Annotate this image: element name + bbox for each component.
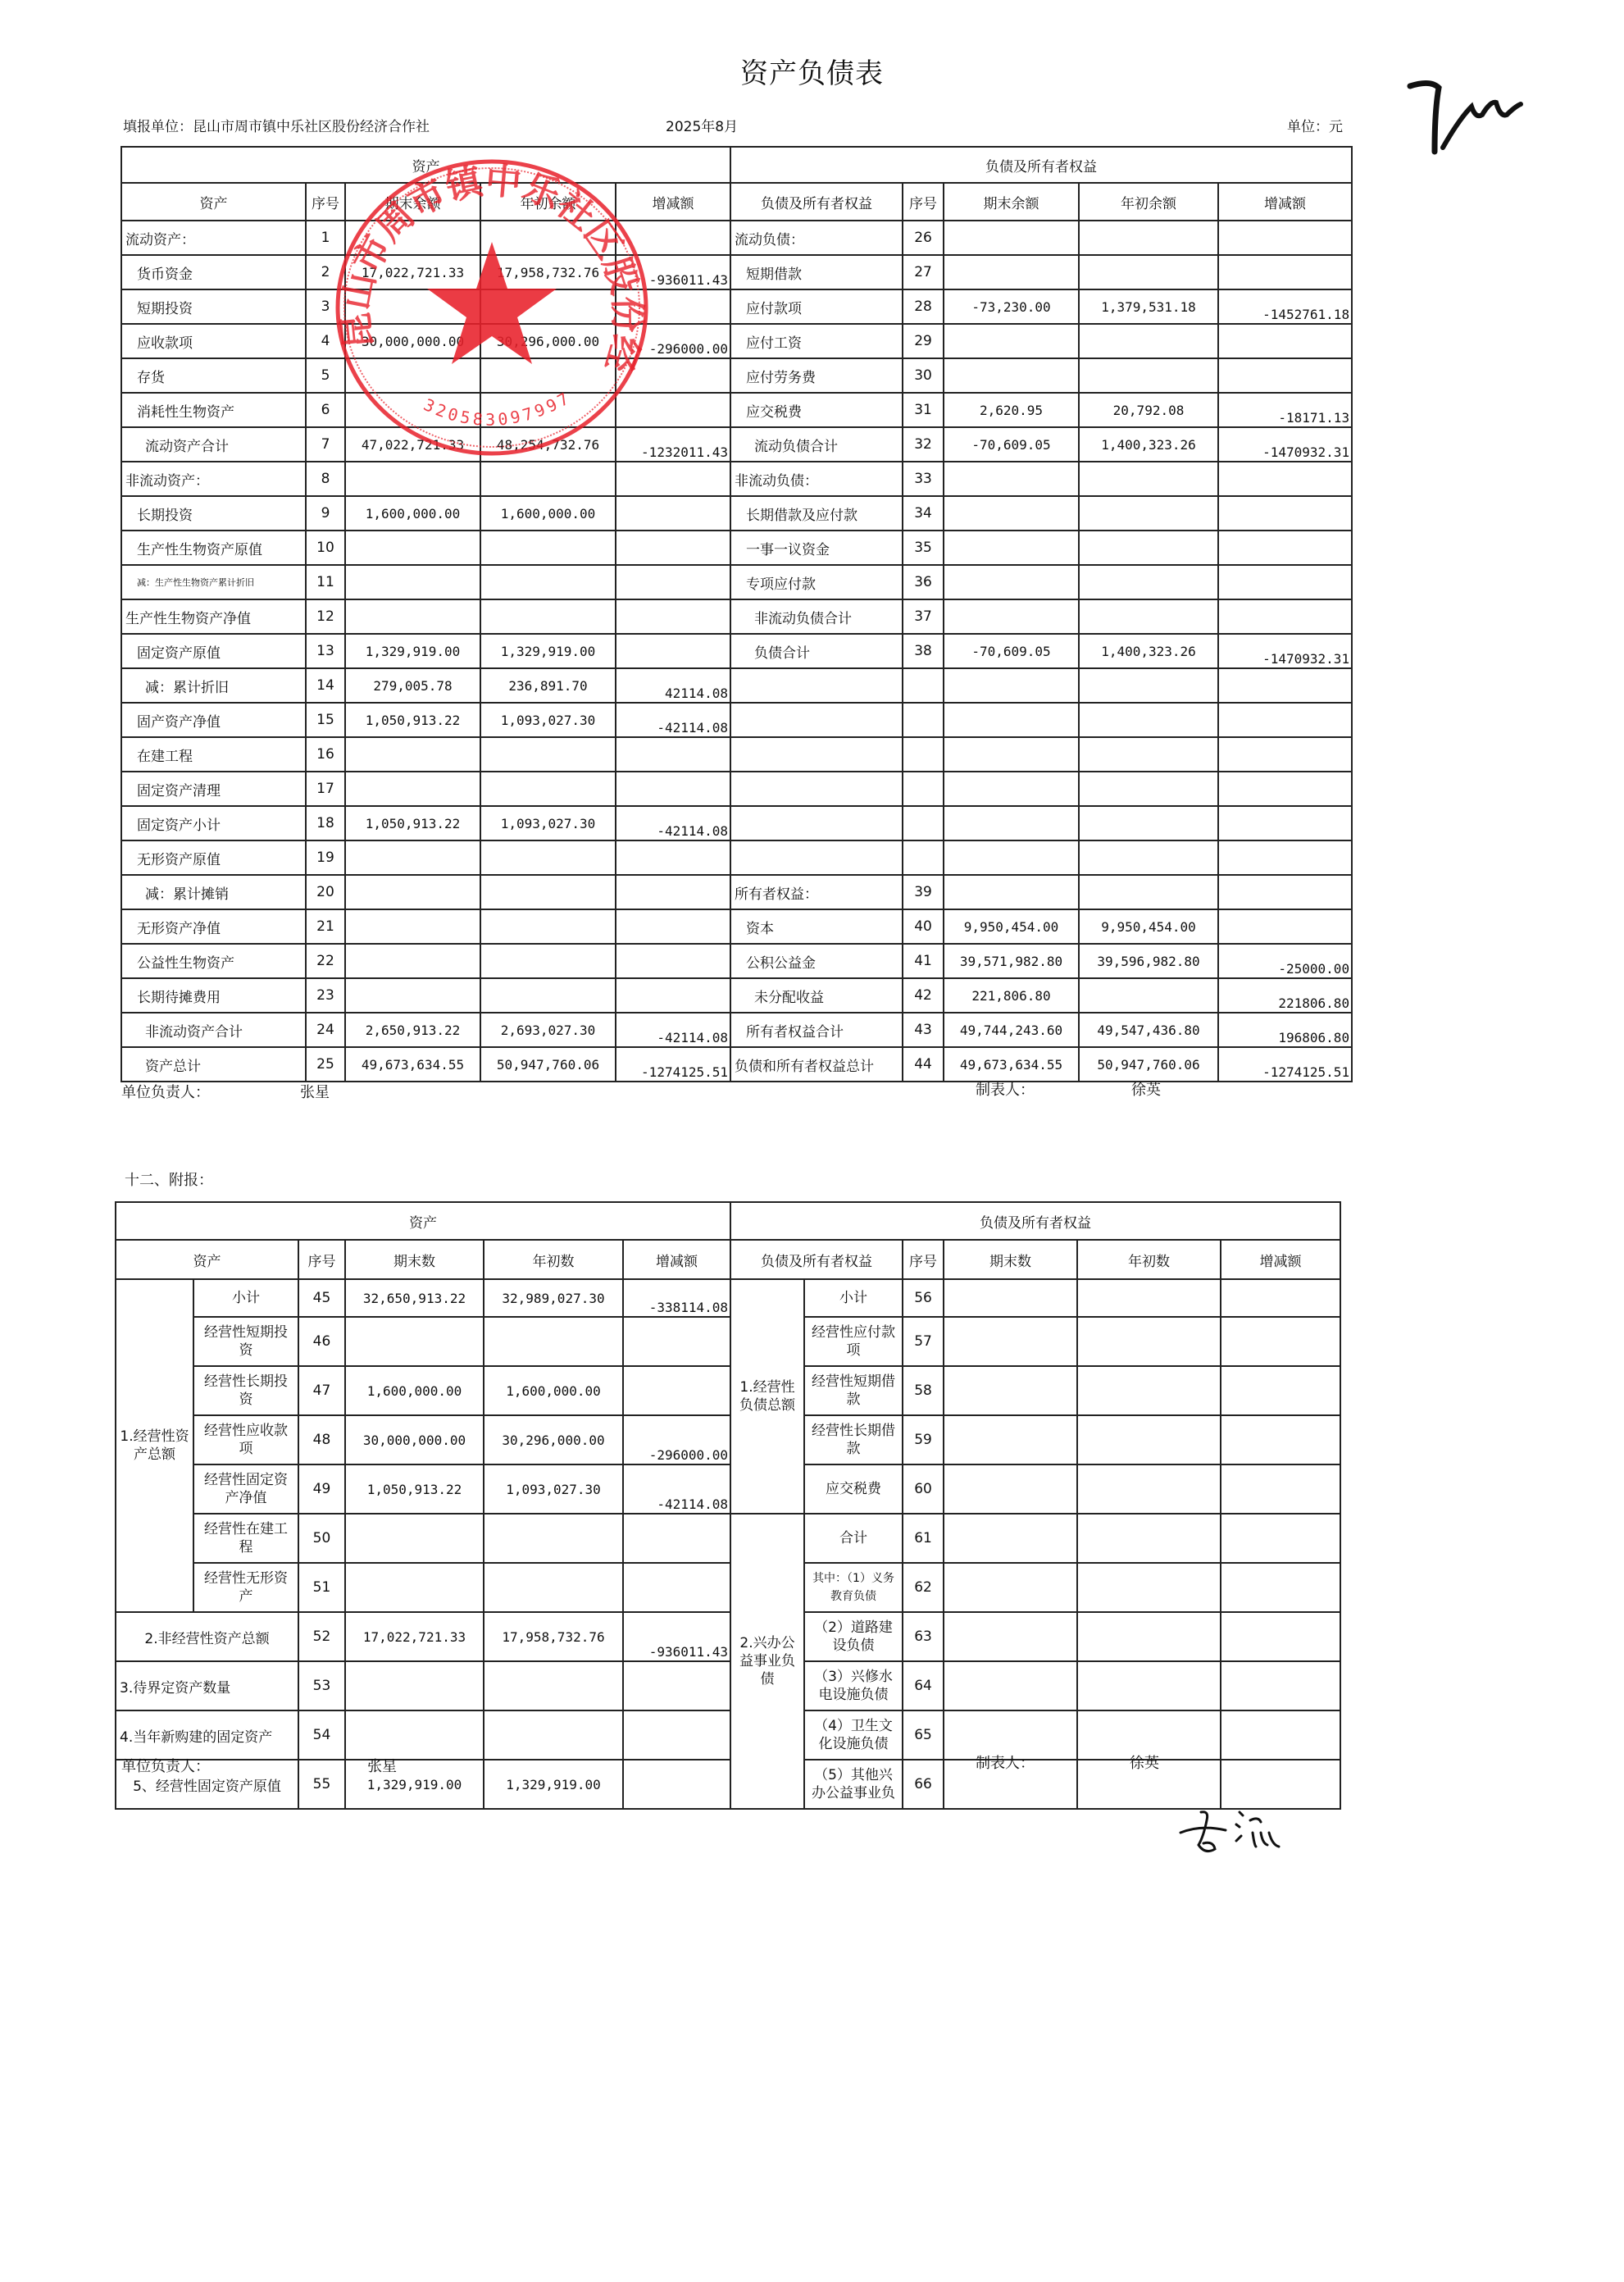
row-number: 16 — [306, 737, 345, 772]
table-row: 减：累计折旧14279,005.78236,891.7042114.08 — [121, 668, 1352, 703]
end-balance — [944, 324, 1079, 358]
asset-name: 货币资金 — [121, 255, 306, 289]
begin-balance — [1079, 668, 1218, 703]
change-amount — [1218, 599, 1352, 634]
end-balance — [345, 737, 480, 772]
reporting-unit-name: 昆山市周市镇中乐社区股份经济合作社 — [193, 119, 430, 135]
begin-value: 1,329,919.00 — [484, 1760, 623, 1809]
section-header-liabilities: 负债及所有者权益 — [730, 147, 1352, 183]
begin-balance: 17,958,732.76 — [480, 255, 616, 289]
change-amount — [1221, 1661, 1340, 1710]
liability-name: 经营性应付款项 — [804, 1317, 903, 1366]
table-row: 应收款项430,000,000.0030,296,000.00-296000.0… — [121, 324, 1352, 358]
liability-name: 长期借款及应付款 — [730, 496, 903, 531]
row-number: 22 — [306, 944, 345, 978]
end-balance — [944, 462, 1079, 496]
asset-name: 固定资产小计 — [121, 806, 306, 840]
row-number: 12 — [306, 599, 345, 634]
asset-name: 经营性在建工程 — [193, 1514, 298, 1563]
change-amount: -1470932.31 — [1218, 427, 1352, 462]
end-balance — [944, 703, 1079, 737]
table-row: 生产性生物资产净值12非流动负债合计37 — [121, 599, 1352, 634]
asset-name: 长期投资 — [121, 496, 306, 531]
change-amount — [616, 221, 730, 255]
change-amount — [1221, 1514, 1340, 1563]
asset-name: 固产资产净值 — [121, 703, 306, 737]
report-period: 2025年8月 — [666, 115, 738, 135]
begin-balance: 1,329,919.00 — [480, 634, 616, 668]
end-value: 30,000,000.00 — [345, 1415, 484, 1464]
asset-name: 经营性固定资产净值 — [193, 1464, 298, 1514]
asset-name: 经营性短期投资 — [193, 1317, 298, 1366]
begin-balance — [1079, 875, 1218, 909]
begin-balance — [480, 599, 616, 634]
change-amount — [616, 289, 730, 324]
row-number: 11 — [306, 565, 345, 599]
row-number: 4 — [306, 324, 345, 358]
change-amount — [1221, 1563, 1340, 1612]
column-header: 序号 — [903, 183, 944, 221]
liability-name — [730, 737, 903, 772]
change-amount — [1218, 565, 1352, 599]
column-header: 期末数 — [944, 1240, 1077, 1279]
row-number: 24 — [306, 1013, 345, 1047]
begin-balance: 1,093,027.30 — [480, 806, 616, 840]
end-balance: 17,022,721.33 — [345, 255, 480, 289]
end-value: 32,650,913.22 — [345, 1279, 484, 1317]
change-amount: -296000.00 — [623, 1415, 730, 1464]
row-number: 9 — [306, 496, 345, 531]
table-row: 在建工程16 — [121, 737, 1352, 772]
table-row: 减：生产性生物资产累计折旧11专项应付款36 — [121, 565, 1352, 599]
table-row: 无形资产原值19 — [121, 840, 1352, 875]
row-number: 58 — [903, 1366, 944, 1415]
begin-balance — [480, 289, 616, 324]
row-number: 64 — [903, 1661, 944, 1710]
change-amount: 196806.80 — [1218, 1013, 1352, 1047]
asset-name: 无形资产原值 — [121, 840, 306, 875]
change-amount — [616, 840, 730, 875]
handwritten-signature-icon — [1385, 70, 1549, 160]
asset-name: 固定资产清理 — [121, 772, 306, 806]
change-amount — [1221, 1366, 1340, 1415]
change-amount — [616, 358, 730, 393]
row-number: 46 — [298, 1317, 345, 1366]
change-amount — [623, 1710, 730, 1760]
begin-balance — [480, 462, 616, 496]
row-number: 52 — [298, 1612, 345, 1661]
change-amount: -42114.08 — [616, 703, 730, 737]
end-balance: -70,609.05 — [944, 427, 1079, 462]
column-header: 负债及所有者权益 — [730, 183, 903, 221]
table-row: 生产性生物资产原值10一事一议资金35 — [121, 531, 1352, 565]
table-row: 流动资产合计747,022,721.3348,254,732.76-123201… — [121, 427, 1352, 462]
row-number: 39 — [903, 875, 944, 909]
appendix-label: 十二、附报： — [125, 1168, 213, 1190]
end-value — [345, 1514, 484, 1563]
begin-balance — [480, 978, 616, 1013]
asset-name: 2.非经营性资产总额 — [116, 1612, 298, 1661]
table-row: 经营性应收款项4830,000,000.0030,296,000.00-2960… — [116, 1415, 1340, 1464]
row-number: 63 — [903, 1612, 944, 1661]
column-header: 年初余额 — [1079, 183, 1218, 221]
preparer-name: 徐英 — [1131, 1078, 1161, 1100]
table-row: 减：累计摊销20所有者权益：39 — [121, 875, 1352, 909]
column-header: 资产 — [116, 1240, 298, 1279]
change-amount: -338114.08 — [623, 1279, 730, 1317]
end-value — [345, 1661, 484, 1710]
table-row: 长期待摊费用23未分配收益42221,806.80221806.80 — [121, 978, 1352, 1013]
change-amount: -1470932.31 — [1218, 634, 1352, 668]
begin-balance — [1079, 599, 1218, 634]
begin-balance: 30,296,000.00 — [480, 324, 616, 358]
preparer-label-2: 制表人： — [976, 1751, 1035, 1773]
begin-balance: 50,947,760.06 — [1079, 1047, 1218, 1082]
change-amount — [616, 462, 730, 496]
row-number: 60 — [903, 1464, 944, 1514]
end-balance — [345, 978, 480, 1013]
liability-name: 公积公益金 — [730, 944, 903, 978]
liability-name: 专项应付款 — [730, 565, 903, 599]
table-row: 1.经营性资产总额小计4532,650,913.2232,989,027.30-… — [116, 1279, 1340, 1317]
begin-balance — [1079, 496, 1218, 531]
table-row: 固定资产原值131,329,919.001,329,919.00负债合计38-7… — [121, 634, 1352, 668]
asset-name: 流动资产合计 — [121, 427, 306, 462]
begin-balance — [480, 840, 616, 875]
change-amount: -1452761.18 — [1218, 289, 1352, 324]
begin-balance: 39,596,982.80 — [1079, 944, 1218, 978]
change-amount — [1218, 668, 1352, 703]
row-number: 56 — [903, 1279, 944, 1317]
table-row: 公益性生物资产22公积公益金4139,571,982.8039,596,982.… — [121, 944, 1352, 978]
end-balance — [345, 221, 480, 255]
liability-name: （2）道路建设负债 — [804, 1612, 903, 1661]
change-amount — [623, 1317, 730, 1366]
end-balance: 49,673,634.55 — [944, 1047, 1079, 1082]
asset-name: 减：累计摊销 — [121, 875, 306, 909]
end-balance — [944, 737, 1079, 772]
row-number: 31 — [903, 393, 944, 427]
end-balance — [944, 599, 1079, 634]
change-amount — [1218, 531, 1352, 565]
liability-name — [730, 703, 903, 737]
end-balance — [345, 840, 480, 875]
end-balance — [345, 289, 480, 324]
change-amount: -42114.08 — [623, 1464, 730, 1514]
begin-balance: 1,093,027.30 — [480, 703, 616, 737]
change-amount — [1218, 255, 1352, 289]
liability-name: 负债合计 — [730, 634, 903, 668]
end-balance — [345, 909, 480, 944]
asset-name: 公益性生物资产 — [121, 944, 306, 978]
end-value — [944, 1279, 1077, 1317]
asset-name: 长期待摊费用 — [121, 978, 306, 1013]
end-balance: 1,050,913.22 — [345, 806, 480, 840]
begin-balance — [1079, 565, 1218, 599]
liability-name — [730, 840, 903, 875]
begin-balance — [1079, 324, 1218, 358]
end-balance — [944, 875, 1079, 909]
begin-value — [484, 1317, 623, 1366]
table-row: 3.待界定资产数量53（3）兴修水电设施负债64 — [116, 1661, 1340, 1710]
change-amount — [616, 909, 730, 944]
end-balance — [944, 565, 1079, 599]
end-balance: 49,673,634.55 — [345, 1047, 480, 1082]
begin-balance — [480, 393, 616, 427]
end-balance: 2,620.95 — [944, 393, 1079, 427]
end-balance — [345, 565, 480, 599]
column-header: 增减额 — [1218, 183, 1352, 221]
asset-name: 在建工程 — [121, 737, 306, 772]
row-number: 50 — [298, 1514, 345, 1563]
row-number: 17 — [306, 772, 345, 806]
end-balance: 49,744,243.60 — [944, 1013, 1079, 1047]
begin-value — [1077, 1279, 1221, 1317]
asset-name: 非流动资产合计 — [121, 1013, 306, 1047]
table-row: 消耗性生物资产6应交税费312,620.9520,792.08-18171.13 — [121, 393, 1352, 427]
liability-name: 短期借款 — [730, 255, 903, 289]
column-header: 资产 — [121, 183, 306, 221]
asset-name: 生产性生物资产净值 — [121, 599, 306, 634]
row-number: 55 — [298, 1760, 345, 1809]
column-header: 序号 — [903, 1240, 944, 1279]
change-amount — [623, 1661, 730, 1710]
change-amount — [616, 772, 730, 806]
row-number: 34 — [903, 496, 944, 531]
table-row: 流动资产：1流动负债：26 — [121, 221, 1352, 255]
column-header: 年初数 — [1077, 1240, 1221, 1279]
row-number: 61 — [903, 1514, 944, 1563]
column-header: 年初余额 — [480, 183, 616, 221]
begin-balance — [480, 221, 616, 255]
appendix-table: 资产 负债及所有者权益 资产序号期末数年初数增减额负债及所有者权益序号期末数年初… — [115, 1201, 1341, 1810]
end-value — [944, 1563, 1077, 1612]
table-row: 固定资产清理17 — [121, 772, 1352, 806]
column-header: 负债及所有者权益 — [730, 1240, 903, 1279]
liability-name: 小计 — [804, 1279, 903, 1317]
begin-balance: 9,950,454.00 — [1079, 909, 1218, 944]
end-value — [345, 1710, 484, 1760]
change-amount: -936011.43 — [623, 1612, 730, 1661]
liability-group-label: 2.兴办公益事业负债 — [730, 1514, 804, 1809]
row-number: 30 — [903, 358, 944, 393]
liability-name: 非流动负债合计 — [730, 599, 903, 634]
asset-name: 生产性生物资产原值 — [121, 531, 306, 565]
end-balance — [944, 806, 1079, 840]
unit-head-label-2: 单位负责人： — [121, 1755, 210, 1776]
liability-name: 负债和所有者权益总计 — [730, 1047, 903, 1082]
asset-name: 小计 — [193, 1279, 298, 1317]
begin-balance — [480, 565, 616, 599]
liability-name: 应交税费 — [730, 393, 903, 427]
row-number: 48 — [298, 1415, 345, 1464]
liability-name: （3）兴修水电设施负债 — [804, 1661, 903, 1710]
begin-balance — [1079, 772, 1218, 806]
row-number: 65 — [903, 1710, 944, 1760]
change-amount — [1218, 772, 1352, 806]
begin-value — [1077, 1514, 1221, 1563]
row-number: 6 — [306, 393, 345, 427]
column-header: 序号 — [306, 183, 345, 221]
row-number: 13 — [306, 634, 345, 668]
change-amount: -1274125.51 — [616, 1047, 730, 1082]
appendix-section-assets: 资产 — [116, 1202, 730, 1240]
liability-name — [730, 806, 903, 840]
row-number: 35 — [903, 531, 944, 565]
begin-balance: 48,254,732.76 — [480, 427, 616, 462]
end-balance — [944, 668, 1079, 703]
row-number: 20 — [306, 875, 345, 909]
row-number — [903, 737, 944, 772]
begin-balance — [480, 909, 616, 944]
column-header: 期末余额 — [345, 183, 480, 221]
table-row: 短期投资3应付款项28-73,230.001,379,531.18-145276… — [121, 289, 1352, 324]
table-row: 固定资产小计181,050,913.221,093,027.30-42114.0… — [121, 806, 1352, 840]
preparer-name-2: 徐英 — [1130, 1751, 1159, 1773]
asset-name: 非流动资产： — [121, 462, 306, 496]
row-number: 66 — [903, 1760, 944, 1809]
change-amount — [1218, 806, 1352, 840]
appendix-section-liabilities: 负债及所有者权益 — [730, 1202, 1340, 1240]
change-amount: -25000.00 — [1218, 944, 1352, 978]
change-amount — [1221, 1612, 1340, 1661]
row-number: 54 — [298, 1710, 345, 1760]
column-header: 序号 — [298, 1240, 345, 1279]
row-number: 21 — [306, 909, 345, 944]
begin-value — [484, 1514, 623, 1563]
row-number: 1 — [306, 221, 345, 255]
end-value: 1,329,919.00 — [345, 1760, 484, 1809]
begin-balance — [480, 772, 616, 806]
column-header: 期末余额 — [944, 183, 1079, 221]
begin-value — [1077, 1415, 1221, 1464]
column-header: 增减额 — [616, 183, 730, 221]
end-balance — [345, 462, 480, 496]
document-title: 资产负债表 — [0, 51, 1624, 91]
section-header-assets: 资产 — [121, 147, 730, 183]
end-balance: 1,600,000.00 — [345, 496, 480, 531]
liability-name: 非流动负债： — [730, 462, 903, 496]
change-amount — [1218, 703, 1352, 737]
end-balance — [944, 840, 1079, 875]
asset-name: 无形资产净值 — [121, 909, 306, 944]
begin-value — [1077, 1563, 1221, 1612]
liability-name: 应交税费 — [804, 1464, 903, 1514]
begin-value — [484, 1661, 623, 1710]
change-amount — [1218, 221, 1352, 255]
begin-balance: 1,600,000.00 — [480, 496, 616, 531]
end-balance: -70,609.05 — [944, 634, 1079, 668]
liability-name: （5）其他兴办公益事业负 — [804, 1760, 903, 1809]
asset-name: 固定资产原值 — [121, 634, 306, 668]
end-balance: 47,022,721.33 — [345, 427, 480, 462]
table-row: 资产总计2549,673,634.5550,947,760.06-1274125… — [121, 1047, 1352, 1082]
liability-name: 所有者权益合计 — [730, 1013, 903, 1047]
table-row: 长期投资91,600,000.001,600,000.00长期借款及应付款34 — [121, 496, 1352, 531]
row-number: 37 — [903, 599, 944, 634]
row-number: 25 — [306, 1047, 345, 1082]
row-number: 29 — [903, 324, 944, 358]
change-amount — [1218, 875, 1352, 909]
change-amount: -936011.43 — [616, 255, 730, 289]
change-amount — [623, 1514, 730, 1563]
end-balance — [345, 944, 480, 978]
row-number: 36 — [903, 565, 944, 599]
change-amount: -1232011.43 — [616, 427, 730, 462]
row-number: 19 — [306, 840, 345, 875]
begin-value — [1077, 1366, 1221, 1415]
asset-name: 减：生产性生物资产累计折旧 — [121, 565, 306, 599]
row-number: 44 — [903, 1047, 944, 1082]
asset-name: 存货 — [121, 358, 306, 393]
column-header: 年初数 — [484, 1240, 623, 1279]
end-balance — [944, 531, 1079, 565]
table-row: 经营性在建工程502.兴办公益事业负债合计61 — [116, 1514, 1340, 1563]
begin-balance — [1079, 221, 1218, 255]
liability-name: 流动负债合计 — [730, 427, 903, 462]
end-balance — [345, 531, 480, 565]
row-number: 33 — [903, 462, 944, 496]
liability-name: 未分配收益 — [730, 978, 903, 1013]
begin-balance: 1,379,531.18 — [1079, 289, 1218, 324]
end-balance — [345, 772, 480, 806]
begin-balance — [480, 358, 616, 393]
end-balance: 2,650,913.22 — [345, 1013, 480, 1047]
row-number: 57 — [903, 1317, 944, 1366]
change-amount: -296000.00 — [616, 324, 730, 358]
change-amount: -42114.08 — [616, 806, 730, 840]
change-amount — [1221, 1279, 1340, 1317]
begin-balance — [1079, 978, 1218, 1013]
end-balance — [944, 221, 1079, 255]
change-amount: -42114.08 — [616, 1013, 730, 1047]
change-amount — [616, 393, 730, 427]
row-number: 45 — [298, 1279, 345, 1317]
begin-balance — [1079, 462, 1218, 496]
asset-name: 3.待界定资产数量 — [116, 1661, 298, 1710]
asset-name: 应收款项 — [121, 324, 306, 358]
row-number: 28 — [903, 289, 944, 324]
change-amount — [1218, 840, 1352, 875]
balance-sheet-table: 资产 负债及所有者权益 资产序号期末余额年初余额增减额负债及所有者权益序号期末余… — [121, 146, 1353, 1082]
begin-balance — [480, 944, 616, 978]
column-header: 增减额 — [1221, 1240, 1340, 1279]
liability-name: （4）卫生文化设施负债 — [804, 1710, 903, 1760]
unit-head-name-2: 张星 — [367, 1755, 397, 1776]
end-balance: 9,950,454.00 — [944, 909, 1079, 944]
row-number: 5 — [306, 358, 345, 393]
liability-name: 其中：（1）义务教育负债 — [804, 1563, 903, 1612]
table-row: 货币资金217,022,721.3317,958,732.76-936011.4… — [121, 255, 1352, 289]
asset-name: 经营性长期投资 — [193, 1366, 298, 1415]
change-amount: 42114.08 — [616, 668, 730, 703]
end-value — [944, 1514, 1077, 1563]
row-number: 14 — [306, 668, 345, 703]
change-amount — [616, 531, 730, 565]
row-number: 10 — [306, 531, 345, 565]
change-amount — [623, 1563, 730, 1612]
row-number: 27 — [903, 255, 944, 289]
change-amount — [1221, 1317, 1340, 1366]
row-number: 8 — [306, 462, 345, 496]
column-header: 期末数 — [345, 1240, 484, 1279]
change-amount: 221806.80 — [1218, 978, 1352, 1013]
change-amount — [1218, 324, 1352, 358]
liability-name: 一事一议资金 — [730, 531, 903, 565]
begin-balance — [1079, 840, 1218, 875]
liability-group-label: 1.经营性负债总额 — [730, 1279, 804, 1514]
liability-name: 应付款项 — [730, 289, 903, 324]
